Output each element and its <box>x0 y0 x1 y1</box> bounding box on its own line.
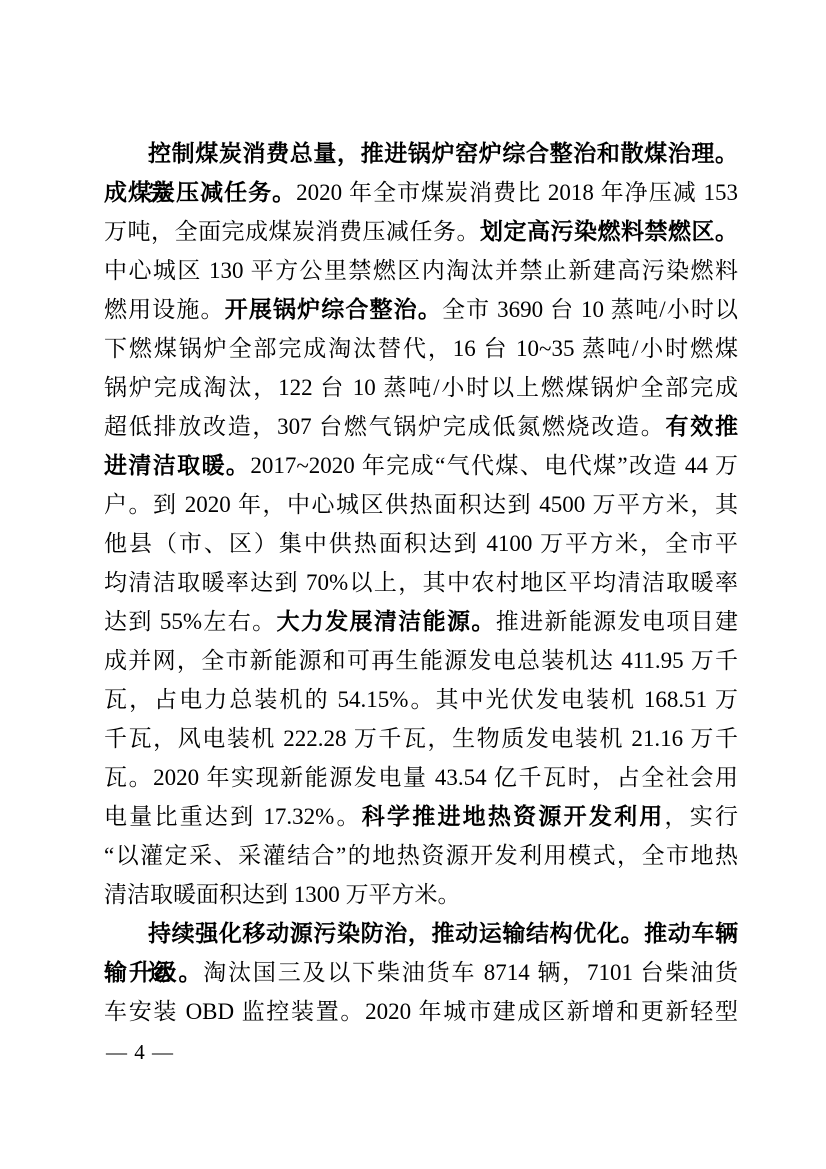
text-segment: 全市 3690 台 10 蒸吨/小时以 <box>442 297 738 322</box>
text-segment: 进清洁取暖。 <box>104 453 250 478</box>
text-segment: 万吨，全面完成煤炭消费压减任务。 <box>104 219 480 244</box>
text-segment: 科学推进地热资源开发利用 <box>362 804 665 829</box>
text-segment: 均清洁取暖率达到 70%以上，其中农村地区平均清洁取暖率 <box>104 570 738 595</box>
text-segment: 燃用设施。 <box>104 297 225 322</box>
text-line: “以灌定采、采灌结合”的地热资源开发利用模式，全市地热 <box>104 836 738 875</box>
text-line: 输升级。淘汰国三及以下柴油货车 8714 辆，7101 台柴油货 <box>104 953 738 992</box>
text-line: 持续强化移动源污染防治，推动运输结构优化。推动车辆运 <box>104 914 738 953</box>
text-line: 下燃煤锅炉全部完成淘汰替代，16 台 10~35 蒸吨/小时燃煤 <box>104 329 738 368</box>
text-line: 瓦。2020 年实现新能源发电量 43.54 亿千瓦时，占全社会用 <box>104 758 738 797</box>
text-line: 电量比重达到 17.32%。科学推进地热资源开发利用，实行 <box>104 797 738 836</box>
text-segment: 输升级。 <box>104 960 203 985</box>
text-segment: 成煤炭压减任务。 <box>104 180 296 205</box>
text-segment: 他县（市、区）集中供热面积达到 4100 万平方米，全市平 <box>104 531 738 556</box>
text-segment: 淘汰国三及以下柴油货车 8714 辆，7101 台柴油货 <box>203 960 738 985</box>
text-segment: 开展锅炉综合整治。 <box>225 297 442 322</box>
text-line: 燃用设施。开展锅炉综合整治。全市 3690 台 10 蒸吨/小时以 <box>104 290 738 329</box>
text-line: 成煤炭压减任务。2020 年全市煤炭消费比 2018 年净压减 153 <box>104 173 738 212</box>
text-segment: 电量比重达到 17.32%。 <box>104 804 362 829</box>
page-number-footer: — 4 — <box>106 1040 174 1064</box>
text-segment: 下燃煤锅炉全部完成淘汰替代，16 台 10~35 蒸吨/小时燃煤 <box>104 336 738 361</box>
text-line: 进清洁取暖。2017~2020 年完成“气代煤、电代煤”改造 44 万 <box>104 446 738 485</box>
text-segment: 达到 55%左右。 <box>104 609 276 634</box>
text-line: 万吨，全面完成煤炭消费压减任务。划定高污染燃料禁燃区。 <box>104 212 738 251</box>
document-page: { "page": { "background_color": "#ffffff… <box>0 0 826 1169</box>
text-line: 中心城区 130 平方公里禁燃区内淘汰并禁止新建高污染燃料 <box>104 251 738 290</box>
text-line: 锅炉完成淘汰，122 台 10 蒸吨/小时以上燃煤锅炉全部完成 <box>104 368 738 407</box>
text-line: 千瓦，风电装机 222.28 万千瓦，生物质发电装机 21.16 万千 <box>104 719 738 758</box>
text-segment: “以灌定采、采灌结合”的地热资源开发利用模式，全市地热 <box>104 843 738 868</box>
text-segment: 千瓦，风电装机 222.28 万千瓦，生物质发电装机 21.16 万千 <box>104 726 738 751</box>
text-segment: 2017~2020 年完成“气代煤、电代煤”改造 44 万 <box>250 453 738 478</box>
text-segment: 大力发展清洁能源。 <box>276 609 495 634</box>
text-line: 户。到 2020 年，中心城区供热面积达到 4500 万平方米，其 <box>104 485 738 524</box>
text-segment: 清洁取暖面积达到 1300 万平方米。 <box>104 882 461 907</box>
text-segment: 户。到 2020 年，中心城区供热面积达到 4500 万平方米，其 <box>104 492 738 517</box>
document-text: 控制煤炭消费总量，推进锅炉窑炉综合整治和散煤治理。完成煤炭压减任务。2020 年… <box>104 134 738 1031</box>
text-line: 达到 55%左右。大力发展清洁能源。推进新能源发电项目建 <box>104 602 738 641</box>
text-segment: 2020 年全市煤炭消费比 2018 年净压减 153 <box>296 180 738 205</box>
text-segment: 中心城区 130 平方公里禁燃区内淘汰并禁止新建高污染燃料 <box>104 258 738 283</box>
text-segment: ，实行 <box>665 804 738 829</box>
text-segment: 瓦。2020 年实现新能源发电量 43.54 亿千瓦时，占全社会用 <box>104 765 738 790</box>
text-segment: 有效推 <box>666 414 738 439</box>
text-line: 他县（市、区）集中供热面积达到 4100 万平方米，全市平 <box>104 524 738 563</box>
text-segment: 超低排放改造，307 台燃气锅炉完成低氮燃烧改造。 <box>104 414 666 439</box>
text-line: 成并网，全市新能源和可再生能源发电总装机达 411.95 万千 <box>104 641 738 680</box>
text-line: 控制煤炭消费总量，推进锅炉窑炉综合整治和散煤治理。完 <box>104 134 738 173</box>
text-line: 清洁取暖面积达到 1300 万平方米。 <box>104 875 738 914</box>
text-segment: 划定高污染燃料禁燃区。 <box>480 219 738 244</box>
text-segment: 车安装 OBD 监控装置。2020 年城市建成区新增和更新轻型 <box>104 999 738 1024</box>
text-line: 瓦，占电力总装机的 54.15%。其中光伏发电装机 168.51 万 <box>104 680 738 719</box>
text-line: 超低排放改造，307 台燃气锅炉完成低氮燃烧改造。有效推 <box>104 407 738 446</box>
text-line: 车安装 OBD 监控装置。2020 年城市建成区新增和更新轻型 <box>104 992 738 1031</box>
text-segment: 锅炉完成淘汰，122 台 10 蒸吨/小时以上燃煤锅炉全部完成 <box>104 375 738 400</box>
text-segment: 成并网，全市新能源和可再生能源发电总装机达 411.95 万千 <box>104 648 738 673</box>
text-line: 均清洁取暖率达到 70%以上，其中农村地区平均清洁取暖率 <box>104 563 738 602</box>
text-segment: 推进新能源发电项目建 <box>496 609 738 634</box>
text-segment: 瓦，占电力总装机的 54.15%。其中光伏发电装机 168.51 万 <box>104 687 738 712</box>
